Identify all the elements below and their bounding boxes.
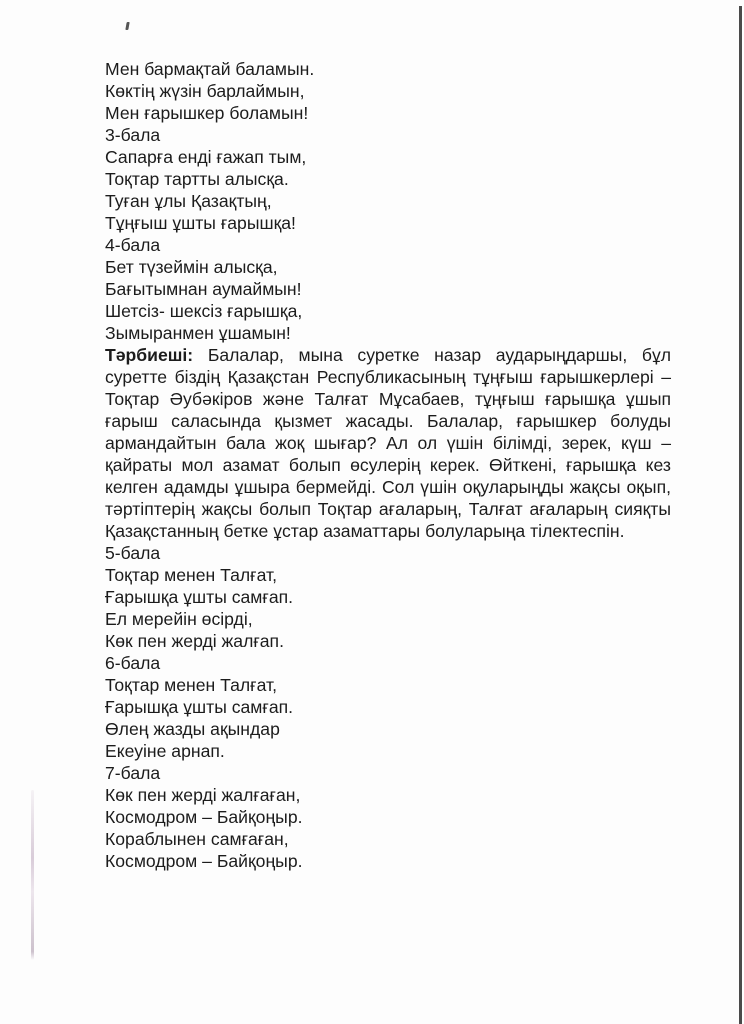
verse-line: Тоқтар менен Талғат, — [105, 564, 671, 586]
verse-line: Мен ғарышкер боламын! — [105, 102, 671, 124]
verse-line: Өлең жазды ақындар — [105, 718, 671, 740]
verse-line: Космодром – Байқоңыр. — [105, 850, 671, 872]
teacher-paragraph: Тәрбиеші: Балалар, мына суретке назар ау… — [105, 344, 671, 542]
document-body: Мен бармақтай баламын. Көктің жүзін барл… — [105, 58, 671, 872]
verse-block-child-7: 7-бала Көк пен жерді жалғаған, Космодром… — [105, 762, 671, 872]
verse-line: Тоқтар менен Талғат, — [105, 674, 671, 696]
verse-line: Бет түзеймін алысқа, — [105, 256, 671, 278]
scan-margin-mark — [31, 790, 34, 960]
verse-line: Көктің жүзін барлаймын, — [105, 80, 671, 102]
verse-line: Ел мерейін өсірді, — [105, 608, 671, 630]
verse-line: Ғарышқа ұшты самғап. — [105, 696, 671, 718]
speaker-label: 6-бала — [105, 652, 671, 674]
verse-block-child-4: 4-бала Бет түзеймін алысқа, Бағытымнан а… — [105, 234, 671, 344]
verse-block-child-6: 6-бала Тоқтар менен Талғат, Ғарышқа ұшты… — [105, 652, 671, 762]
teacher-speaker-label: Тәрбиеші: — [105, 345, 193, 365]
speaker-label: 4-бала — [105, 234, 671, 256]
verse-line: Кораблынен самғаған, — [105, 828, 671, 850]
verse-line: Тоқтар тартты алысқа. — [105, 168, 671, 190]
speaker-label: 5-бала — [105, 542, 671, 564]
verse-line: Мен бармақтай баламын. — [105, 58, 671, 80]
verse-line: Зымыранмен ұшамын! — [105, 322, 671, 344]
speaker-label: 7-бала — [105, 762, 671, 784]
page-edge-border — [739, 6, 742, 1024]
verse-block-intro: Мен бармақтай баламын. Көктің жүзін барл… — [105, 58, 671, 124]
teacher-text: Балалар, мына суретке назар аударыңдаршы… — [105, 345, 671, 541]
verse-line: Космодром – Байқоңыр. — [105, 806, 671, 828]
verse-line: Сапарға енді ғажап тым, — [105, 146, 671, 168]
speaker-label: 3-бала — [105, 124, 671, 146]
verse-line: Туған ұлы Қазақтың, — [105, 190, 671, 212]
verse-block-child-5: 5-бала Тоқтар менен Талғат, Ғарышқа ұшты… — [105, 542, 671, 652]
scan-speck — [125, 22, 129, 30]
verse-line: Екеуіне арнап. — [105, 740, 671, 762]
verse-line: Көк пен жерді жалғаған, — [105, 784, 671, 806]
verse-line: Шетсіз- шексіз ғарышқа, — [105, 300, 671, 322]
verse-line: Көк пен жерді жалғап. — [105, 630, 671, 652]
verse-block-child-3: 3-бала Сапарға енді ғажап тым, Тоқтар та… — [105, 124, 671, 234]
verse-line: Бағытымнан аумаймын! — [105, 278, 671, 300]
verse-line: Ғарышқа ұшты самғап. — [105, 586, 671, 608]
verse-line: Тұңғыш ұшты ғарышқа! — [105, 212, 671, 234]
